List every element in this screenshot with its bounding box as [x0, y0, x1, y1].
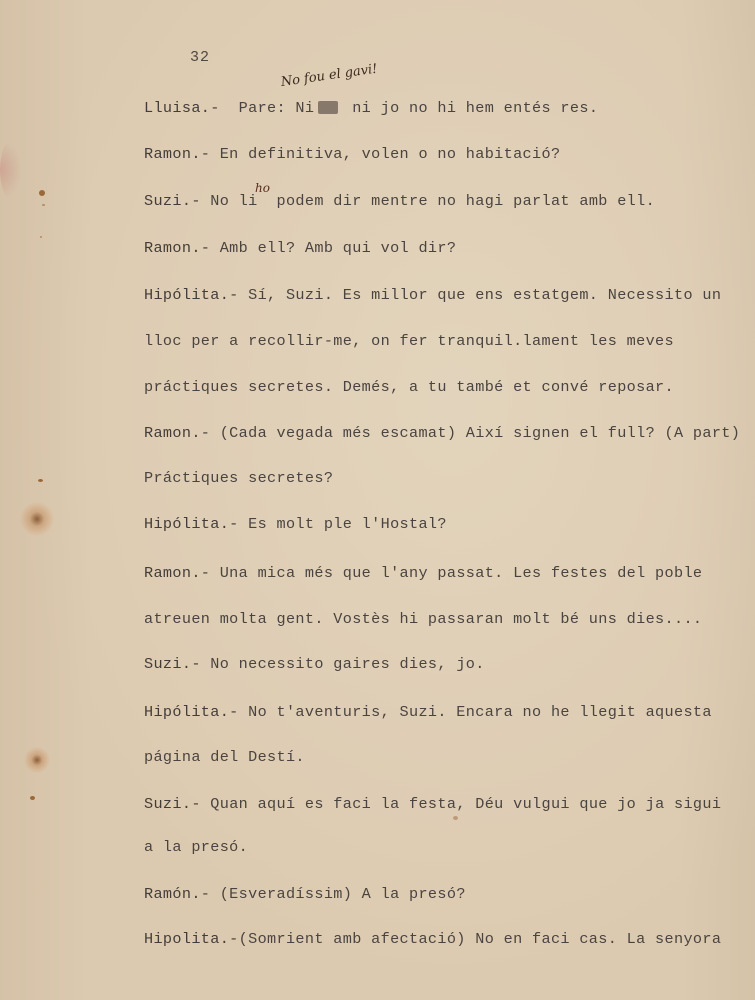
dialogue-line: Hipolita.-(Somrient amb afectació) No en… [144, 930, 721, 948]
line-text: Quan aquí es faci la festa, Déu vulgui q… [201, 795, 722, 813]
line-text: No t'aventuris, Suzi. Encara no he llegi… [239, 703, 712, 721]
line-text: atreuen molta gent. Vostès hi passaran m… [144, 610, 702, 628]
dialogue-line: Hipólita.- Sí, Suzi. Es millor que ens e… [144, 286, 721, 304]
dialogue-line: Hipólita.- Es molt ple l'Hostal? [144, 515, 447, 533]
line-text: a la presó. [144, 838, 248, 856]
dialogue-line: Ramon.- (Cada vegada més escamat) Així s… [144, 424, 740, 442]
dialogue-line: a la presó. [144, 838, 248, 856]
dialogue-line: Ramon.- En definitiva, volen o no habita… [144, 145, 560, 163]
manuscript-page: 32 No fou el gavi! ho Lluisa.- Pare: Ni … [0, 0, 755, 1000]
line-text: Sí, Suzi. Es millor que ens estatgem. Ne… [239, 286, 722, 304]
dialogue-line: Hipólita.- No t'aventuris, Suzi. Encara … [144, 703, 712, 721]
line-text: página del Destí. [144, 748, 305, 766]
speaker-name: Suzi.- [144, 655, 201, 673]
line-text: No necessito gaires dies, jo. [201, 655, 485, 673]
dialogue-line: Práctiques secretes? [144, 469, 333, 487]
line-text: (Somrient amb afectació) No en faci cas.… [239, 930, 722, 948]
speaker-name: Ramón.- [144, 885, 210, 903]
speaker-name: Ramon.- [144, 424, 210, 442]
speaker-name: Lluisa.- [144, 99, 220, 117]
paper-spot [453, 816, 458, 820]
paper-spot [39, 190, 45, 196]
dialogue-line: lloc per a recollir-me, on fer tranquil.… [144, 332, 674, 350]
dialogue-line: práctiques secretes. Demés, a tu també e… [144, 378, 674, 396]
dialogue-line: Ramon.- Amb ell? Amb qui vol dir? [144, 239, 456, 257]
line-text: (Cada vegada més escamat) Així signen el… [210, 424, 740, 442]
line-text: En definitiva, volen o no habitació? [210, 145, 560, 163]
dialogue-line: atreuen molta gent. Vostès hi passaran m… [144, 610, 702, 628]
dialogue-line: Suzi.- No li podem dir mentre no hagi pa… [144, 192, 655, 210]
line-text: (Esveradíssim) A la presó? [210, 885, 466, 903]
foxing-stain [20, 502, 54, 536]
line-text: Amb ell? Amb qui vol dir? [210, 239, 456, 257]
line-text: No li podem dir mentre no hagi parlat am… [201, 192, 655, 210]
speaker-name: Hipolita.- [144, 930, 239, 948]
speaker-name: Hipólita.- [144, 703, 239, 721]
speaker-name: Hipólita.- [144, 515, 239, 533]
dialogue-line: Suzi.- Quan aquí es faci la festa, Déu v… [144, 795, 721, 813]
paper-stain [0, 140, 22, 200]
page-number: 32 [190, 49, 210, 66]
speaker-name: Ramon.- [144, 564, 210, 582]
line-text: Pare: Ni ni jo no hi hem entés res. [220, 99, 599, 117]
line-text: Práctiques secretes? [144, 469, 333, 487]
paper-spot [30, 796, 35, 800]
line-text: lloc per a recollir-me, on fer tranquil.… [144, 332, 674, 350]
speaker-name: Suzi.- [144, 795, 201, 813]
paper-spot [40, 236, 42, 238]
line-text: práctiques secretes. Demés, a tu també e… [144, 378, 674, 396]
speaker-name: Ramon.- [144, 239, 210, 257]
line-text: Es molt ple l'Hostal? [239, 515, 447, 533]
dialogue-line: Suzi.- No necessito gaires dies, jo. [144, 655, 485, 673]
speaker-name: Ramon.- [144, 145, 210, 163]
dialogue-line: Ramon.- Una mica més que l'any passat. L… [144, 564, 702, 582]
speaker-name: Hipólita.- [144, 286, 239, 304]
dialogue-line: Lluisa.- Pare: Ni ni jo no hi hem entés … [144, 99, 598, 117]
dialogue-line: página del Destí. [144, 748, 305, 766]
paper-spot [38, 479, 43, 482]
paper-spot [42, 204, 45, 206]
foxing-stain [24, 747, 50, 773]
handwritten-annotation: No fou el gavi! [280, 62, 378, 90]
line-text: Una mica més que l'any passat. Les feste… [210, 564, 702, 582]
speaker-name: Suzi.- [144, 192, 201, 210]
dialogue-line: Ramón.- (Esveradíssim) A la presó? [144, 885, 466, 903]
